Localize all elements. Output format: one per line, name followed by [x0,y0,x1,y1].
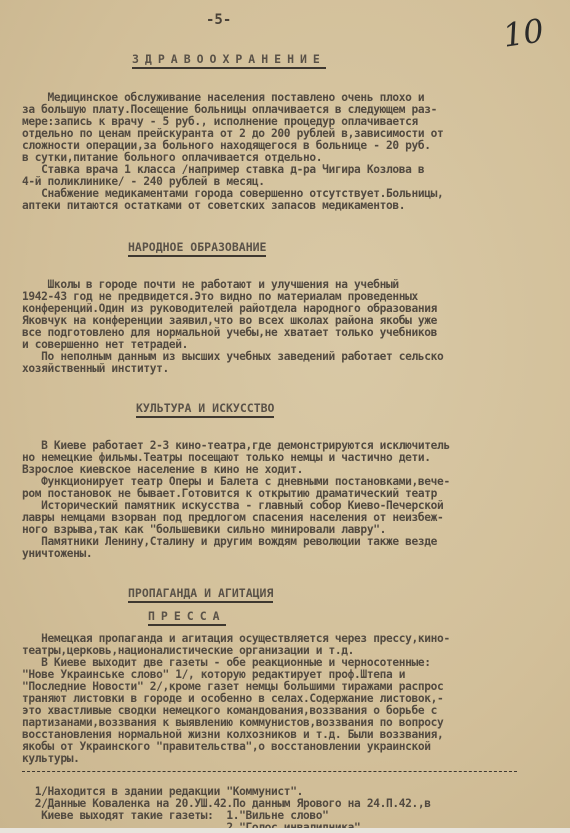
text-line: якобы от Украинского "правительства",о в… [22,741,431,753]
footnote-line: 2/Данные Коваленка на 20.УШ.42.По данным… [22,798,431,810]
text-line: Взрослое киевское население в кино не хо… [22,464,303,476]
handwritten-folio-number: 10 [501,11,547,54]
text-line: Памятники Ленину,Сталину и другим вождям… [22,536,437,548]
text-line: отдельно по ценам прейскуранта от 2 до 2… [22,128,443,140]
text-line: за большую плату.Посещение больницы опла… [22,104,437,116]
text-line: театры,церковь,националистические органи… [22,645,354,657]
text-line: В Киеве работает 2-3 кино-театра,где дем… [22,440,450,452]
text-line: Функционирует театр Оперы и Балета с дне… [22,476,450,488]
text-line: конференций.Один из руководителей райотд… [22,303,437,315]
heading-culture: КУЛЬТУРА И ИСКУССТВО [136,401,274,418]
text-line: "Последние Новости" 2/,кроме газет немцы… [22,681,443,693]
document-page: -5- 10 ЗДРАВООХРАНЕНИЕ Медицинское обслу… [0,0,570,833]
text-line: сложности операции,за больного находящег… [22,140,431,152]
footnote-line: Киеве выходят такие газеты: 1."Вильне сл… [22,810,329,822]
text-line: партизанами,воззвания к выявлению коммун… [22,717,443,729]
text-line: Яковчук на конференции заявил,что во все… [22,315,437,327]
footnote-divider [22,771,517,772]
text-line: ного взрыва,так как "большевики сильно м… [22,524,386,536]
scan-bottom-edge [0,828,570,833]
text-line: мере:запись к врачу - 5 руб., исполнение… [22,116,418,128]
text-line: Школы в городе почти не работают и улучш… [22,279,399,291]
heading-health: ЗДРАВООХРАНЕНИЕ [132,52,326,69]
text-line: ром постановок не бывает.Готовится к отк… [22,488,437,500]
text-line: это хвастливые сводки немецкого командов… [22,705,437,717]
footnote-line: 1/Находится в здании редакции "Коммунист… [22,786,303,798]
text-line: "Нове Украинське слово" 1/, которую реда… [22,669,405,681]
text-line: культуры. [22,753,79,765]
text-line: аптеки питаются остатками от советских з… [22,200,405,212]
text-line: лавры немцами взорван под предлогом спас… [22,512,443,524]
text-line: все подготовлено для нормальной учебы,не… [22,327,437,339]
text-line: 4-й поликлинике/ - 240 рублей в месяц. [22,176,265,188]
text-line: Исторический памятник искусства - главны… [22,500,443,512]
text-line: 1942-43 год не предвидется.Это видно по … [22,291,418,303]
text-line: в сутки,питание больного оплачивается от… [22,152,322,164]
text-line: В Киеве выходит две газеты - обе реакцио… [22,657,431,669]
text-line: Медицинское обслуживание населения поста… [22,92,424,104]
subheading-press: ПРЕССА [148,609,226,626]
page-number: -5- [206,12,231,28]
text-line: но немецкие фильмы.Театры посещают тольк… [22,452,431,464]
text-line: По неполным данным из высших учебных зав… [22,351,443,363]
text-line: Снабжение медикаментами города совершенн… [22,188,443,200]
text-line: Ставка врача 1 класса /например ставка д… [22,164,424,176]
text-line: и совершенно нет тетрадей. [22,339,188,351]
heading-propaganda: ПРОПАГАНДА И АГИТАЦИЯ [128,586,273,603]
text-line: уничтожены. [22,548,92,560]
heading-education: НАРОДНОЕ ОБРАЗОВАНИЕ [128,240,266,257]
text-line: восстановления нормальной жизни колхозни… [22,729,443,741]
text-line: траняют листовки в городе и особенно в с… [22,693,443,705]
text-line: Немецкая пропаганда и агитация осуществл… [22,633,450,645]
text-line: хозяйственный институт. [22,363,169,375]
